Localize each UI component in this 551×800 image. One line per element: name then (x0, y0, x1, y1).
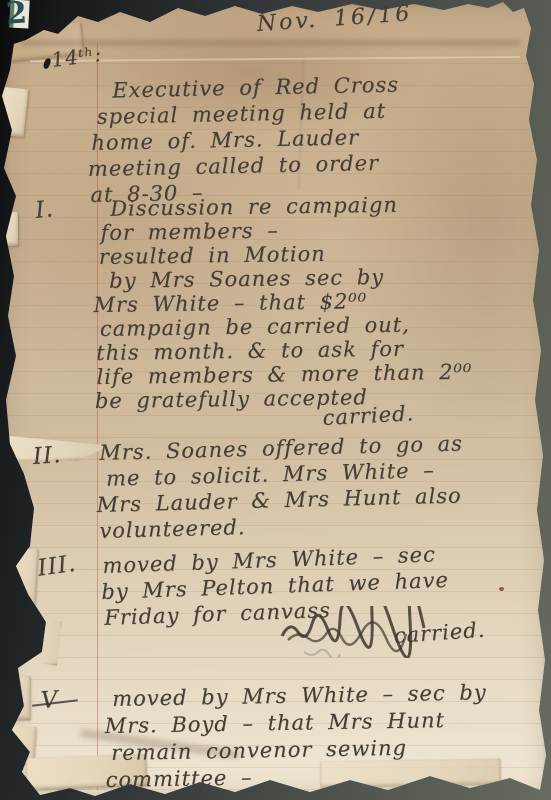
stain-dot (499, 587, 504, 591)
section-numeral-2: II. (32, 442, 62, 470)
torn-edge-flap (0, 87, 28, 137)
scribbled-out-word (278, 606, 428, 658)
section-numeral-3: III. (36, 551, 78, 582)
scanned-minutes-page: 2 14ᵗʰ: Nov. 16/16 Executive of Red Cros… (0, 0, 551, 800)
motion-result: carried. (322, 401, 415, 430)
torn-edge-flap (0, 212, 18, 246)
page-number-stamp: 2 (5, 0, 28, 32)
section-1-text: Discussion re campaign for members – res… (92, 192, 473, 413)
minutes-line: committee – (105, 760, 488, 794)
section-numeral-1: I. (34, 196, 55, 224)
torn-edge-flap (0, 547, 38, 615)
section-4-text: moved by Mrs White – sec by Mrs. Boyd – … (104, 679, 488, 794)
torn-edge-flap (0, 676, 30, 720)
section-2-text: Mrs. Soanes offered to go as me to solic… (95, 430, 465, 544)
heading-block: Executive of Red Cross special meeting h… (86, 71, 401, 208)
section-numeral-4: V (40, 687, 59, 714)
